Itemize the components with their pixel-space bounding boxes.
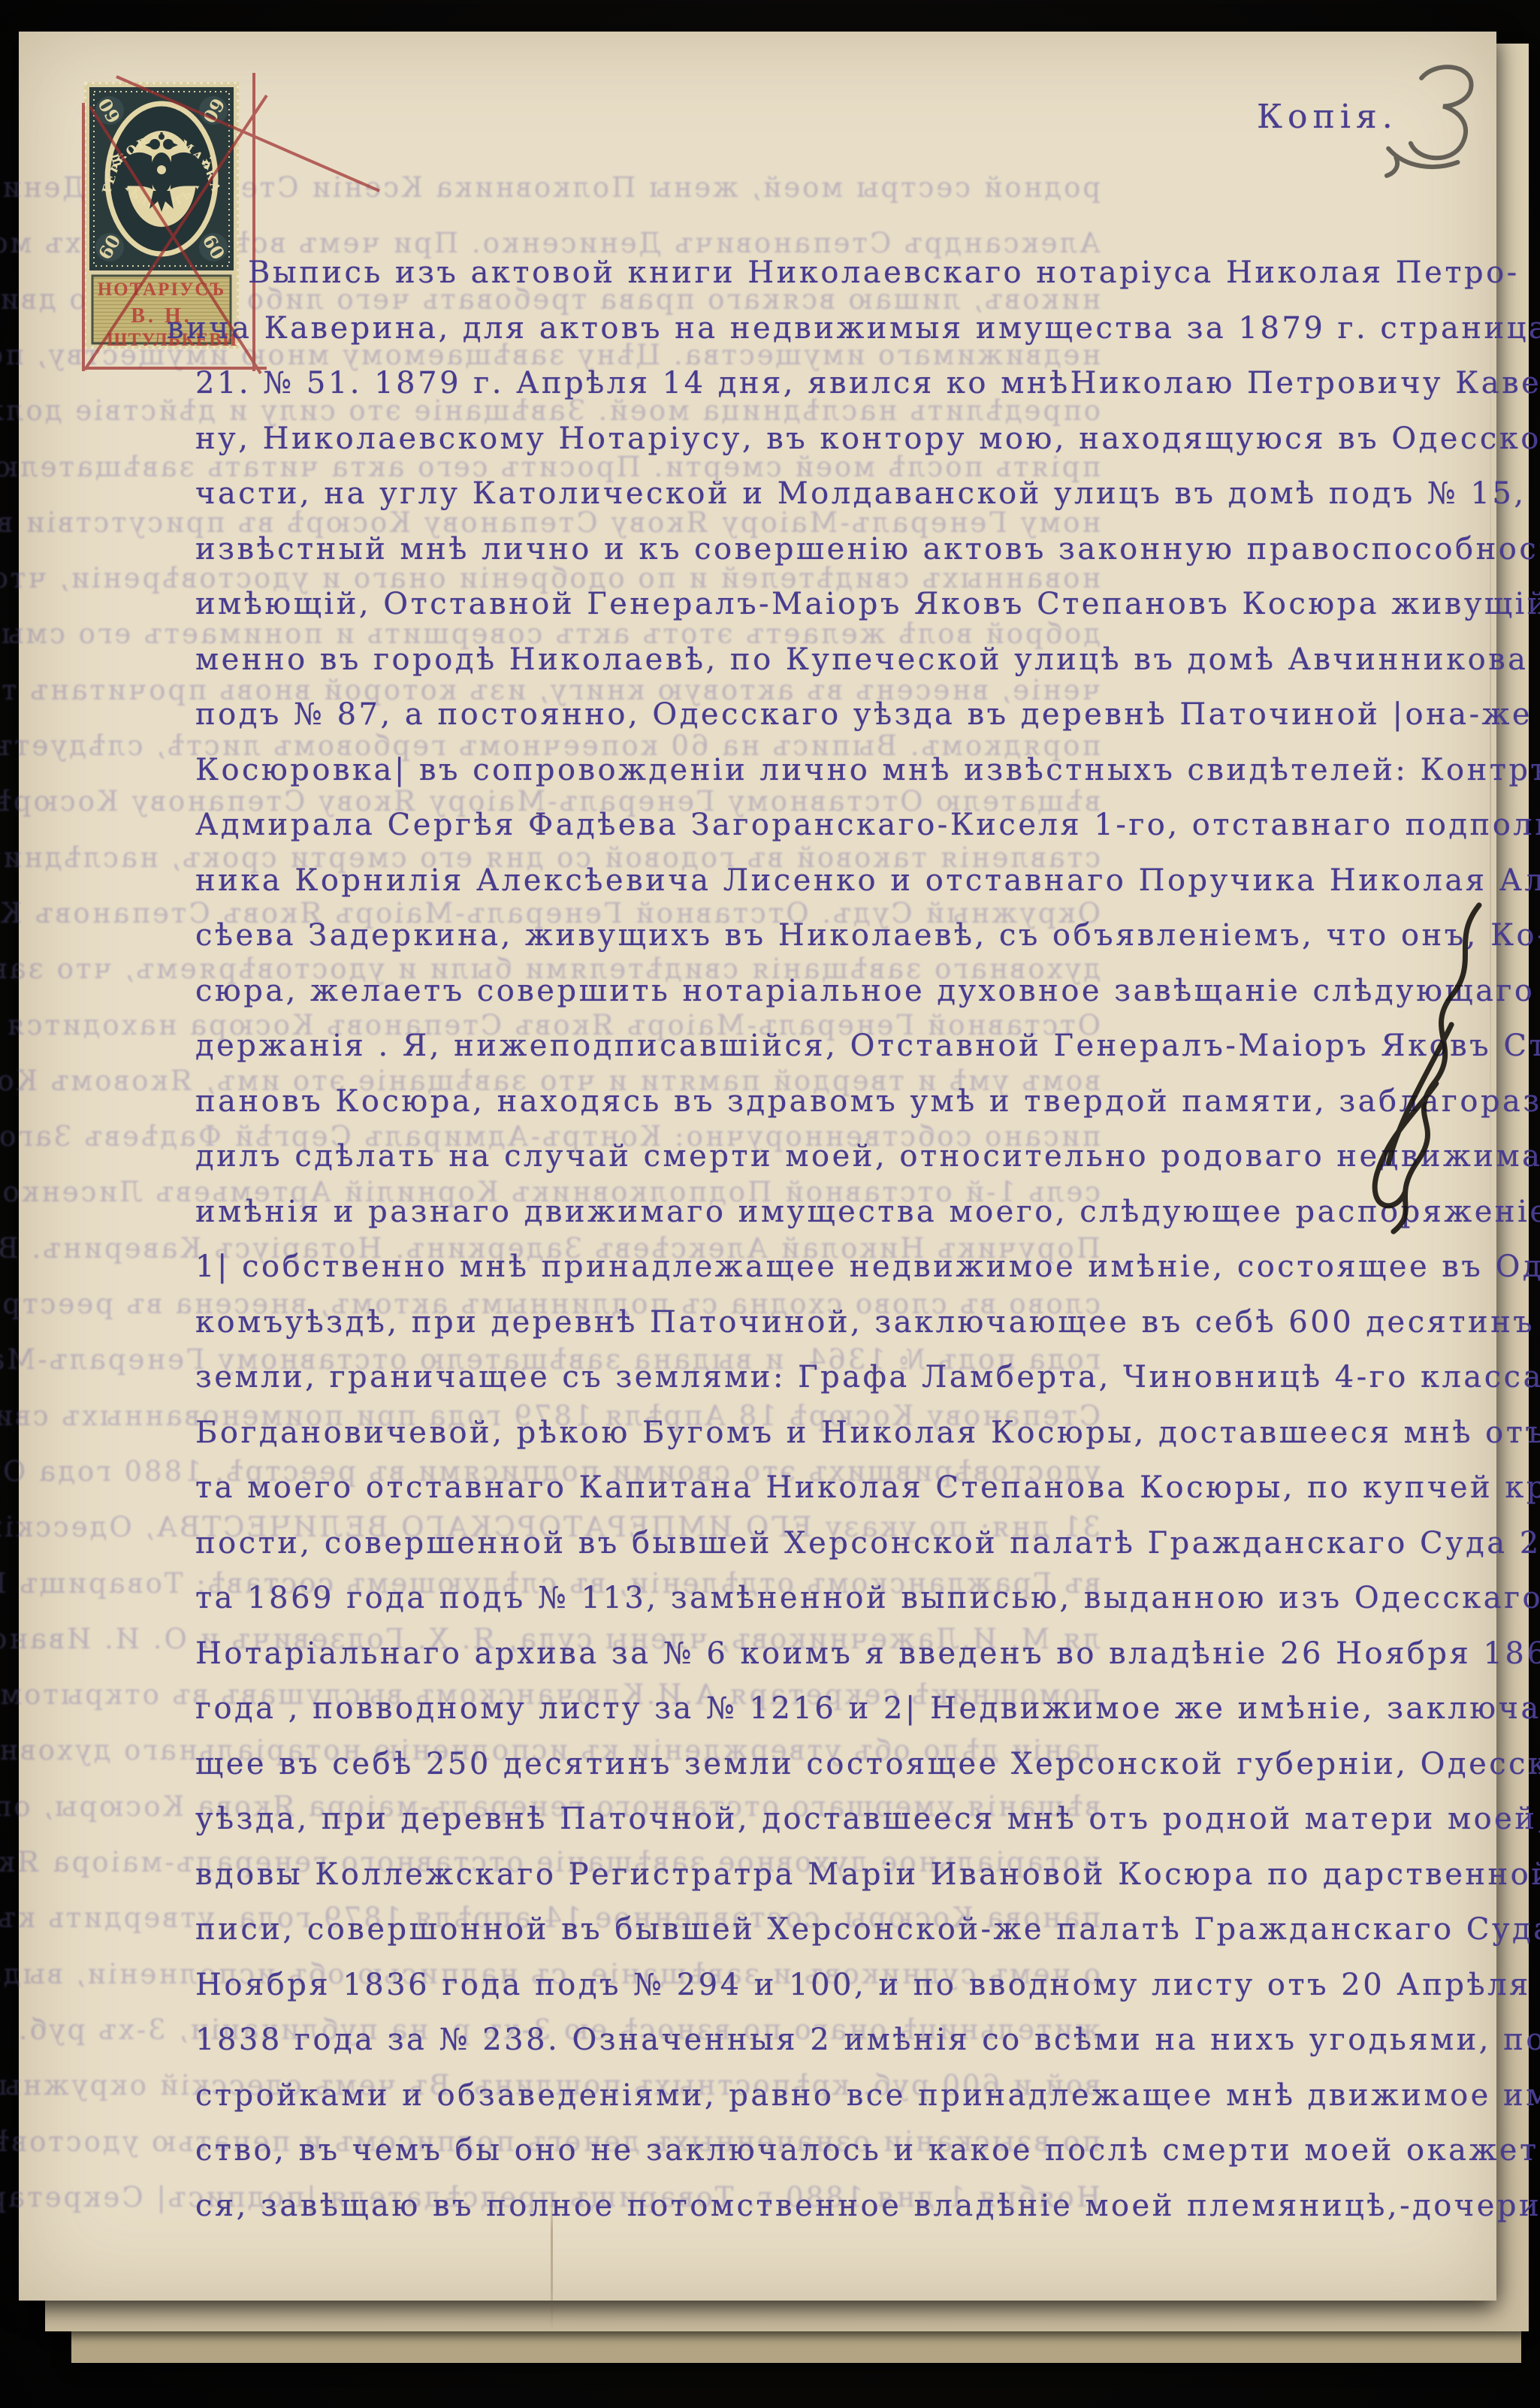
typed-line: сюра, желаетъ совершить нотаріальное дух… <box>195 974 1540 1008</box>
typed-line: Косюровка| въ сопровожденіи лично мнѣ из… <box>195 753 1540 787</box>
typed-line: части, на углу Католической и Молдаванск… <box>195 476 1526 511</box>
typed-line: извѣстный мнѣ лично и къ совершенію акто… <box>195 532 1540 566</box>
typed-line: имѣющій, Отставной Генералъ-Маіоръ Яковъ… <box>195 587 1540 621</box>
typed-line: 21. № 51. 1879 г. Апрѣля 14 дня, явился … <box>195 366 1540 400</box>
typed-line: года , повводному листу за № 1216 и 2| Н… <box>195 1691 1540 1726</box>
typed-line: писи, совершонной въ бывшей Херсонской-ж… <box>195 1912 1540 1947</box>
typed-line: Ноября 1836 года подъ № 294 и 100, и по … <box>195 1968 1531 2002</box>
typed-line: комъуѣздѣ, при деревнѣ Паточиной, заключ… <box>195 1305 1535 1340</box>
typed-line: та моего отставнаго Капитана Николая Сте… <box>195 1470 1540 1505</box>
cancellation-marks <box>19 32 439 407</box>
typed-line: вича Каверина, для актовъ на недвижимыя … <box>167 311 1540 346</box>
typed-line: вдовы Коллежскаго Регистратра Маріи Иван… <box>195 1857 1540 1892</box>
typed-line: ну, Николаевскому Нотаріусу, въ контору … <box>195 421 1540 456</box>
typed-line: дилъ сдѣлать на случай смерти моей, отно… <box>195 1139 1540 1174</box>
typed-line: уѣзда, при деревнѣ Паточной, доставшееся… <box>195 1802 1540 1836</box>
typed-line: стройками и обзаведеніями, равно все при… <box>195 2078 1540 2113</box>
typed-line: менно въ городѣ Николаевѣ, по Купеческой… <box>195 642 1529 677</box>
margin-signature <box>1362 894 1482 1255</box>
photo-background: родной сестры моей, жены Полковника Ксен… <box>0 0 1540 2408</box>
typed-line: Богдановичевой, рѣкою Бугомъ и Николая К… <box>195 1415 1540 1450</box>
typed-line: ство, въ чемъ бы оно не заключалось и ка… <box>195 2133 1540 2168</box>
paper-sheet: родной сестры моей, жены Полковника Ксен… <box>19 32 1496 2301</box>
typed-line: подъ № 87, а постоянно, Одесскаго уѣзда … <box>195 697 1532 732</box>
typed-line: пости, совершенной въ бывшей Херсонской … <box>195 1526 1540 1561</box>
typed-line: Выпись изъ актовой книги Николаевскаго н… <box>248 255 1520 290</box>
page-number-pencil <box>1380 53 1508 195</box>
typed-line: имѣнія и разнаго движимаго имущества мое… <box>195 1195 1540 1229</box>
typed-line: 1| собственно мнѣ принадлежащее недвижим… <box>195 1249 1540 1284</box>
typed-line: земли, граничащее съ землями: Графа Ламб… <box>195 1360 1540 1394</box>
typed-line: та 1869 года подъ № 113, замѣненной выпи… <box>195 1581 1540 1615</box>
typed-line: щее въ себѣ 250 десятинъ земли состоящее… <box>195 1747 1540 1781</box>
typed-line: пановъ Косюра, находясь въ здравомъ умѣ … <box>195 1084 1540 1119</box>
typed-line: сѣева Задеркина, живущихъ въ Николаевѣ, … <box>195 918 1540 953</box>
typed-line: ся, завѣщаю въ полное потомственное влад… <box>195 2189 1540 2223</box>
typed-line: ника Корнилія Алексѣевича Лисенко и отст… <box>195 863 1540 898</box>
typed-line: Адмирала Сергѣя Фадѣева Загоранскаго-Кис… <box>195 808 1540 842</box>
typed-line: держанія . Я, нижеподписавшійся, Отставн… <box>195 1029 1540 1063</box>
copy-label: Копія. <box>1257 98 1398 136</box>
typed-line: Нотаріальнаго архива за № 6 коимъ я введ… <box>195 1636 1540 1671</box>
typed-line: 1838 года за № 238. Означенныя 2 имѣнія … <box>195 2023 1540 2057</box>
